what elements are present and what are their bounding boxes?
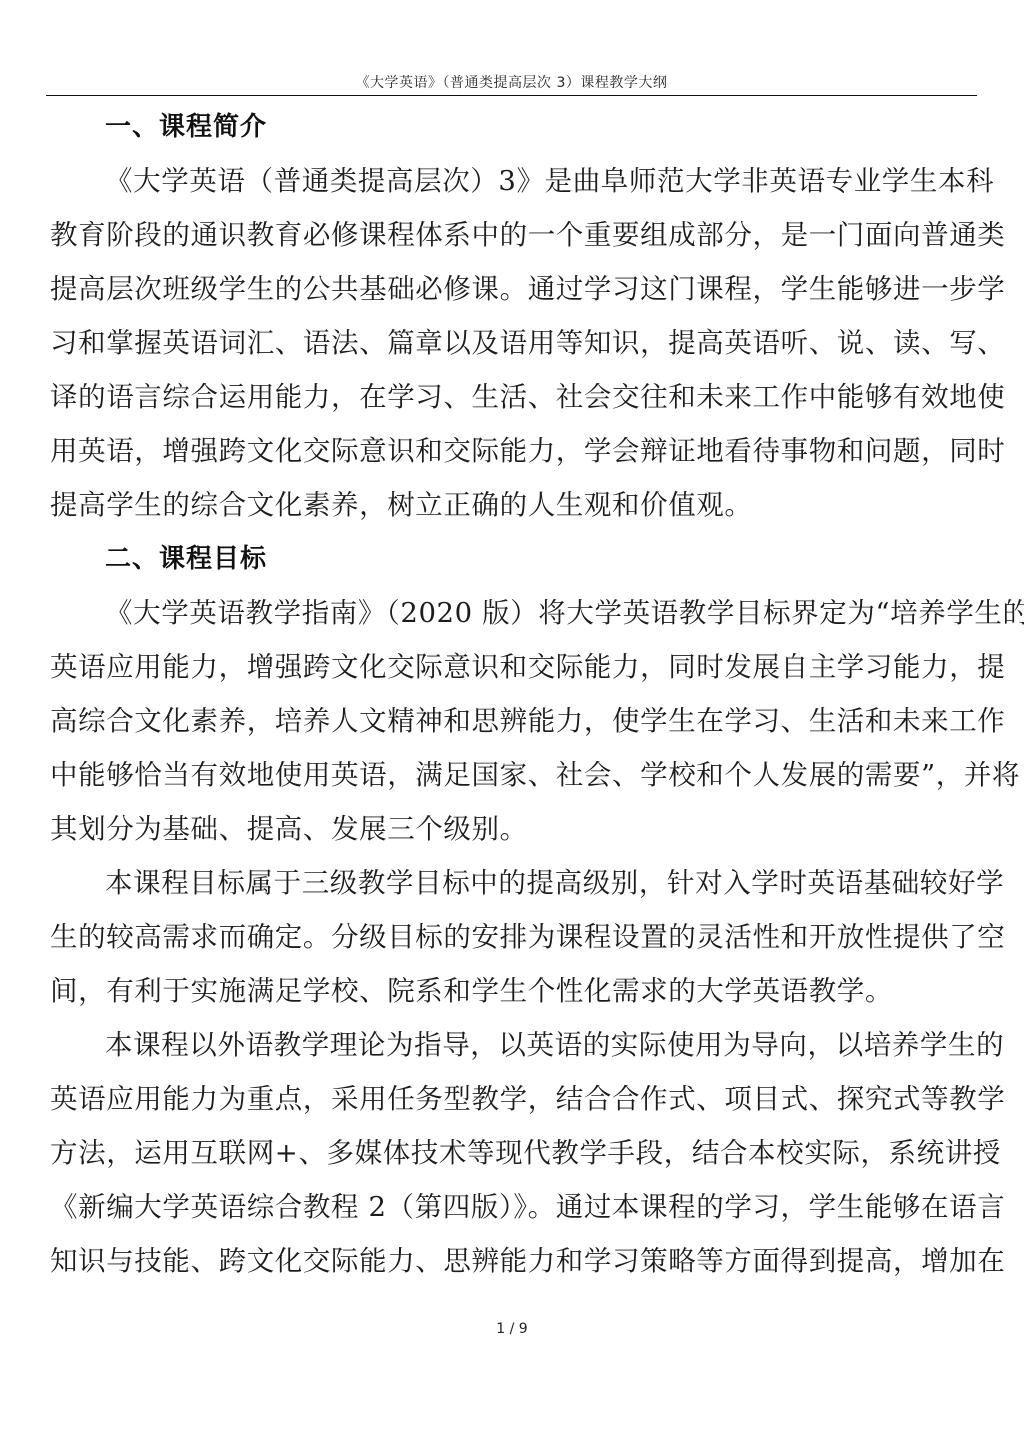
header-divider [46,95,977,96]
paragraph-guideline: 《大学英语教学指南》（2020 版）将大学英语教学目标界定为“培养学生的 英语应… [50,586,976,856]
paragraph-methodology: 本课程以外语教学理论为指导，以英语的实际使用为导向，以培养学生的 英语应用能力为… [50,1018,976,1288]
text-line: 教育阶段的通识教育必修课程体系中的一个重要组成部分，是一门面向普通类 [50,208,976,262]
paragraph-introduction: 《大学英语（普通类提高层次）3》是曲阜师范大学非英语专业学生本科 教育阶段的通识… [50,154,976,532]
text-line: 提高层次班级学生的公共基础必修课。通过学习这门课程，学生能够进一步学 [50,262,976,316]
text-line: 其划分为基础、提高、发展三个级别。 [50,802,976,856]
text-line: 高综合文化素养，培养人文精神和思辨能力，使学生在学习、生活和未来工作 [50,694,976,748]
section-heading-objectives: 二、课程目标 [50,532,976,586]
text-line: 方法，运用互联网+、多媒体技术等现代教学手段，结合本校实际，系统讲授 [50,1126,976,1180]
paragraph-level: 本课程目标属于三级教学目标中的提高级别，针对入学时英语基础较好学 生的较高需求而… [50,856,976,1018]
text-line: 提高学生的综合文化素养，树立正确的人生观和价值观。 [50,478,976,532]
text-line: 英语应用能力为重点，采用任务型教学，结合合作式、项目式、探究式等教学 [50,1072,976,1126]
text-line: 《大学英语（普通类提高层次）3》是曲阜师范大学非英语专业学生本科 [50,154,976,208]
text-line: 本课程以外语教学理论为指导，以英语的实际使用为导向，以培养学生的 [50,1018,976,1072]
text-line: 译的语言综合运用能力，在学习、生活、社会交往和未来工作中能够有效地使 [50,370,976,424]
document-body: 一、课程简介 《大学英语（普通类提高层次）3》是曲阜师范大学非英语专业学生本科 … [50,100,976,1288]
text-line: 中能够恰当有效地使用英语，满足国家、社会、学校和个人发展的需要”，并将 [50,748,976,802]
text-line: 生的较高需求而确定。分级目标的安排为课程设置的灵活性和开放性提供了空 [50,910,976,964]
text-line: 知识与技能、跨文化交际能力、思辨能力和学习策略等方面得到提高，增加在 [50,1234,976,1288]
text-line: 本课程目标属于三级教学目标中的提高级别，针对入学时英语基础较好学 [50,856,976,910]
text-line: 用英语，增强跨文化交际意识和交际能力，学会辩证地看待事物和问题，同时 [50,424,976,478]
text-line: 英语应用能力，增强跨文化交际意识和交际能力，同时发展自主学习能力，提 [50,640,976,694]
page-number: 1 / 9 [0,1321,1024,1337]
section-heading-introduction: 一、课程简介 [50,100,976,154]
text-line: 《大学英语教学指南》（2020 版）将大学英语教学目标界定为“培养学生的 [50,586,976,640]
text-line: 间，有利于实施满足学校、院系和学生个性化需求的大学英语教学。 [50,964,976,1018]
running-header: 《大学英语》（普通类提高层次 3）课程教学大纲 [46,72,977,92]
text-line: 习和掌握英语词汇、语法、篇章以及语用等知识，提高英语听、说、读、写、 [50,316,976,370]
text-line: 《新编大学英语综合教程 2（第四版）》。通过本课程的学习，学生能够在语言 [50,1180,976,1234]
